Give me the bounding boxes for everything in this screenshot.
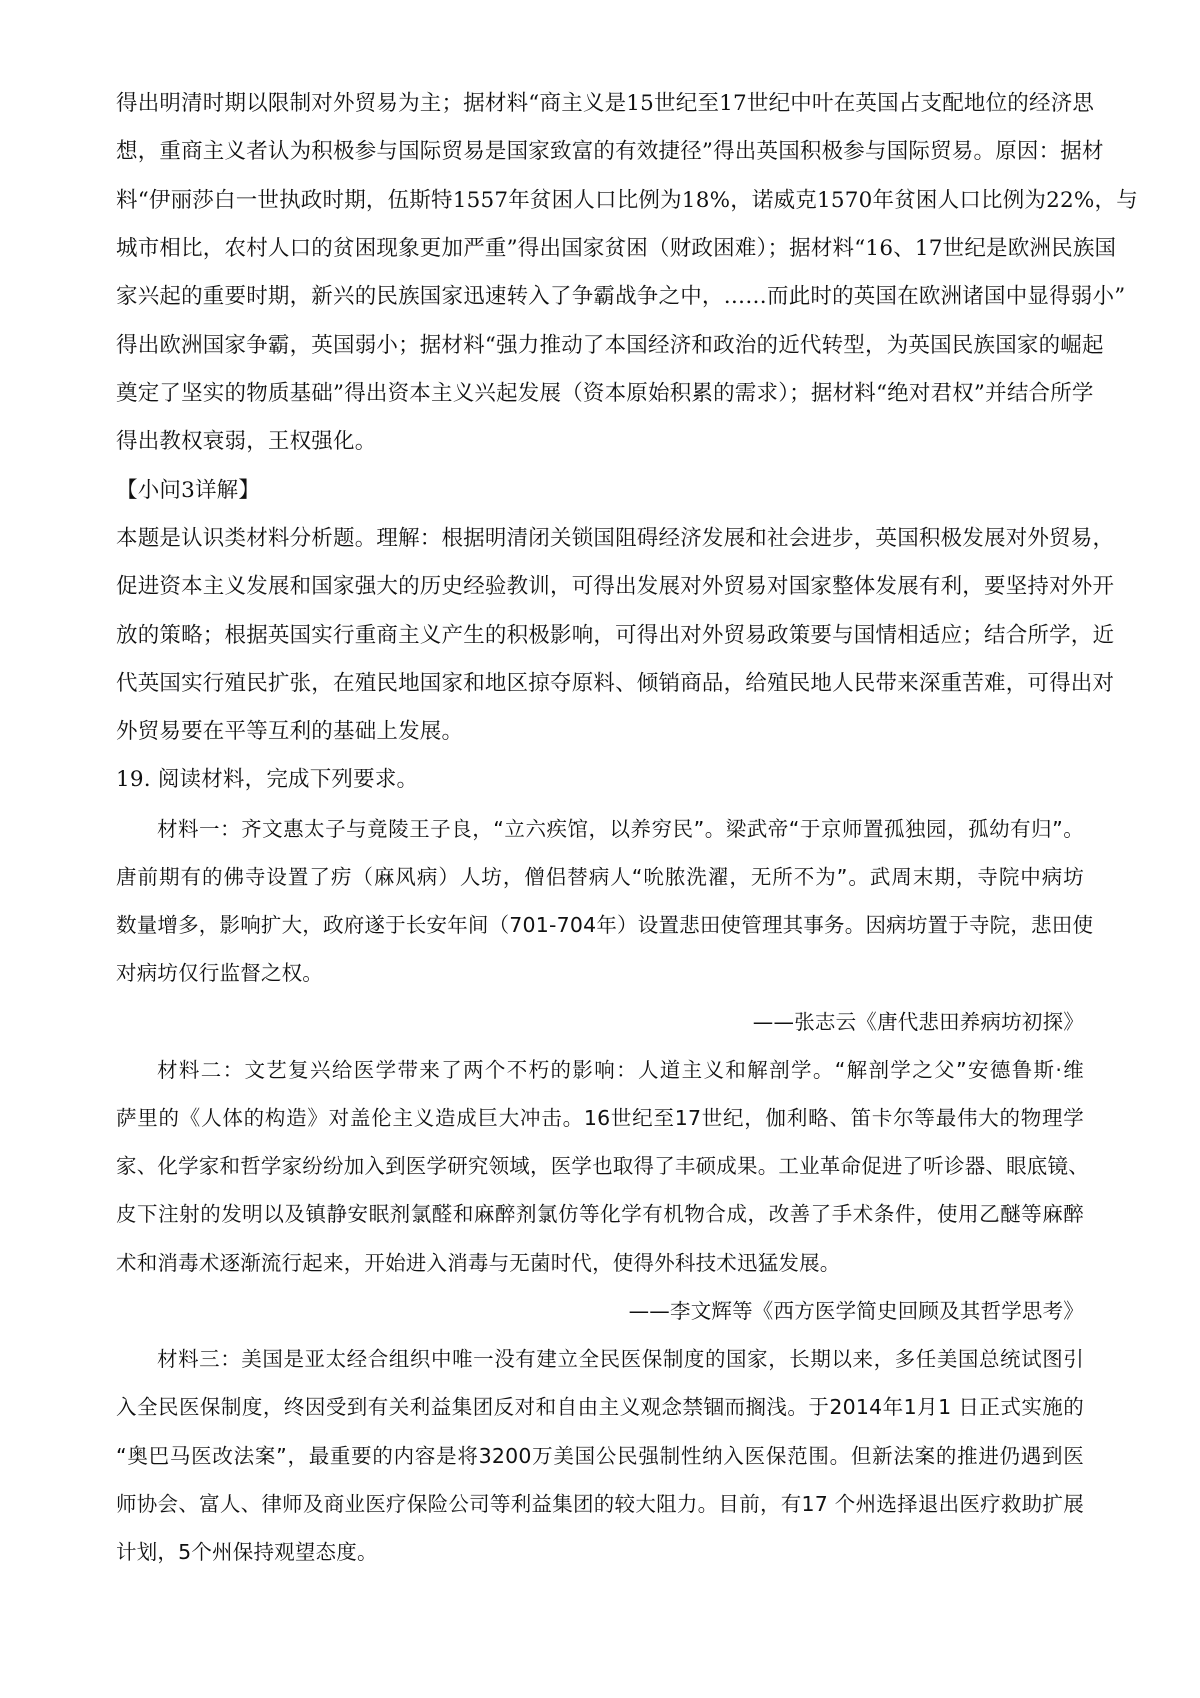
material-2-line: 皮下注射的发明以及镇静安眠剂氯醛和麻醉剂氯仿等化学有机物合成，改善了手术条件，使… — [116, 1197, 1084, 1231]
paragraph-line: 本题是认识类材料分析题。理解：根据明清闭关锁国阻碍经济发展和社会进步，英国积极发… — [116, 522, 1084, 556]
paragraph-line: 奠定了坚实的物质基础”得出资本主义兴起发展（资本原始积累的需求）；据材料“绝对君… — [116, 377, 1084, 411]
paragraph-line: 料“伊丽莎白一世执政时期，伍斯特1557年贫困人口比例为18%，诺威克1570年… — [116, 184, 1084, 218]
paragraph-line: 想，重商主义者认为积极参与国际贸易是国家致富的有效捷径”得出英国积极参与国际贸易… — [116, 135, 1084, 169]
material-1-line: 材料一：齐文惠太子与竟陵王子良，“立六疾馆，以养穷民”。梁武帝“于京师置孤独园，… — [157, 812, 1084, 846]
material-2-line: 萨里的《人体的构造》对盖伦主义造成巨大冲击。16世纪至17世纪，伽利略、笛卡尔等… — [116, 1101, 1084, 1135]
paragraph-line: 得出教权衰弱，王权强化。 — [116, 425, 1084, 459]
material-3-line: “奥巴马医改法案”，最重要的内容是将3200万美国公民强制性纳入医保范围。但新法… — [116, 1439, 1084, 1473]
document-page: 得出明清时期以限制对外贸易为主；据材料“商主义是15世纪至17世纪中叶在英国占支… — [0, 0, 1200, 1698]
material-3-line: 师协会、富人、律师及商业医疗保险公司等利益集团的较大阻力。目前，有17 个州选择… — [116, 1487, 1084, 1521]
paragraph-line: 得出明清时期以限制对外贸易为主；据材料“商主义是15世纪至17世纪中叶在英国占支… — [116, 87, 1084, 121]
paragraph-line: 代英国实行殖民扩张，在殖民地国家和地区掠夺原料、倾销商品，给殖民地人民带来深重苦… — [116, 667, 1084, 701]
material-2-line: 材料二：文艺复兴给医学带来了两个不朽的影响：人道主义和解剖学。“解剖学之父”安德… — [157, 1053, 1084, 1087]
material-3-line: 计划，5个州保持观望态度。 — [116, 1535, 1084, 1569]
material-1-citation: ——张志云《唐代悲田养病坊初探》 — [116, 1005, 1084, 1039]
material-1-line: 对病坊仅行监督之权。 — [116, 956, 1084, 990]
material-3-line: 材料三：美国是亚太经合组织中唯一没有建立全民医保制度的国家，长期以来，多任美国总… — [157, 1342, 1084, 1376]
material-2-line: 家、化学家和哲学家纷纷加入到医学研究领域，医学也取得了丰硕成果。工业革命促进了听… — [116, 1149, 1084, 1183]
paragraph-line: 放的策略；根据英国实行重商主义产生的积极影响，可得出对外贸易政策要与国情相适应；… — [116, 619, 1084, 653]
section-heading: 【小问3详解】 — [116, 474, 1084, 508]
question-prompt: 19. 阅读材料，完成下列要求。 — [116, 763, 1084, 797]
paragraph-line: 促进资本主义发展和国家强大的历史经验教训，可得出发展对外贸易对国家整体发展有利，… — [116, 570, 1084, 604]
paragraph-line: 家兴起的重要时期，新兴的民族国家迅速转入了争霸战争之中，……而此时的英国在欧洲诸… — [116, 280, 1084, 314]
material-3-line: 入全民医保制度，终因受到有关利益集团反对和自由主义观念禁锢而搁浅。于2014年1… — [116, 1390, 1084, 1424]
material-2-citation: ——李文辉等《西方医学简史回顾及其哲学思考》 — [116, 1294, 1084, 1328]
material-2-line: 术和消毒术逐渐流行起来，开始进入消毒与无菌时代，使得外科技术迅猛发展。 — [116, 1246, 1084, 1280]
paragraph-line: 城市相比，农村人口的贫困现象更加严重”得出国家贫困（财政困难）；据材料“16、1… — [116, 232, 1084, 266]
paragraph-line: 得出欧洲国家争霸，英国弱小；据材料“强力推动了本国经济和政治的近代转型，为英国民… — [116, 329, 1084, 363]
paragraph-line: 外贸易要在平等互利的基础上发展。 — [116, 715, 1084, 749]
material-1-line: 数量增多，影响扩大，政府遂于长安年间（701-704年）设置悲田使管理其事务。因… — [116, 908, 1084, 942]
material-1-line: 唐前期有的佛寺设置了疠（麻风病）人坊，僧侣替病人“吮脓洗濯，无所不为”。武周末期… — [116, 860, 1084, 894]
